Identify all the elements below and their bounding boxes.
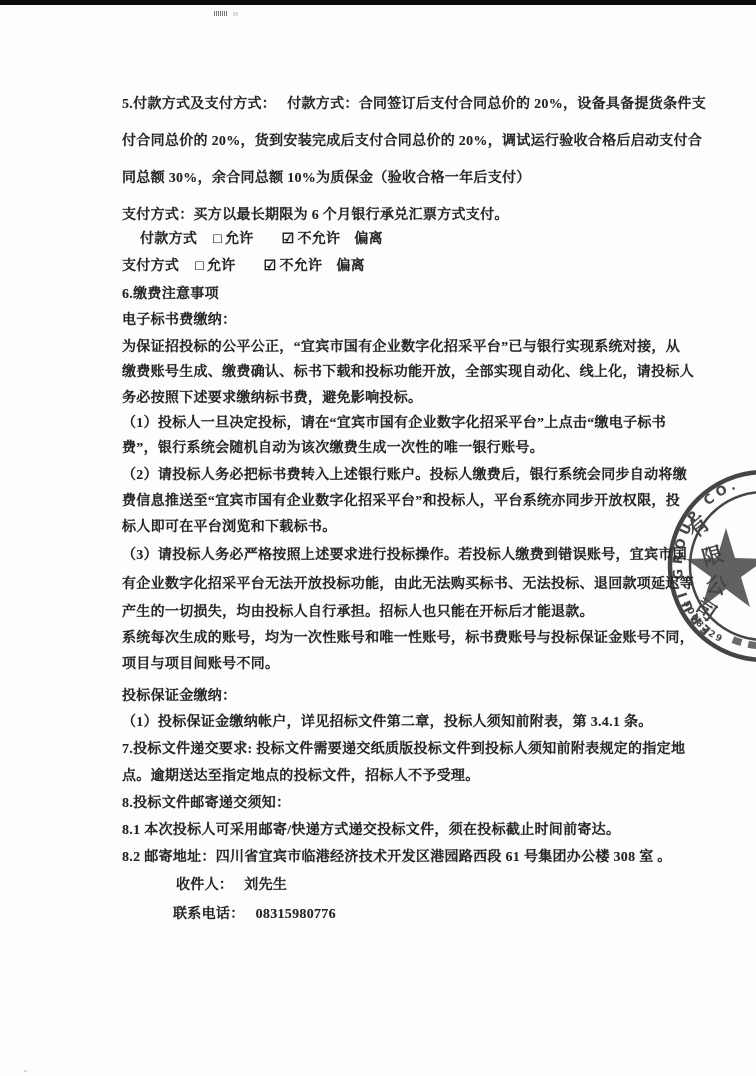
doc-line: 项目与项目间账号不同。	[122, 656, 279, 674]
deviation-label: 偏离	[336, 258, 365, 276]
doc-line: 务必按照下述要求缴纳标书费，避免影响投标。	[122, 390, 422, 408]
doc-line: （1）投标保证金缴纳帐户，详见招标文件第二章，投标人须知前附表，第 3.4.1 …	[122, 714, 653, 732]
doc-line: （2）请投标人务必把标书费转入上述银行账户。投标人缴费后，银行系统会同步自动将缴	[122, 467, 687, 485]
checkbox-unchecked-icon: □	[195, 258, 204, 276]
allow-label: 允许	[225, 231, 254, 249]
checkbox-unchecked-icon: □	[213, 231, 222, 249]
doc-line: 产生的一切损失，均由投标人自行承担。招标人也只能在开标后才能退款。	[122, 604, 594, 622]
not-allow-label: 不允许	[279, 258, 322, 276]
deviation-label: 偏离	[354, 231, 383, 249]
doc-line: （3）请投标人务必严格按照上述要求进行投标操作。若投标人缴费到错误账号，宜宾市国	[122, 547, 687, 565]
deviation-row-payment-terms: 付款方式 □ 允许 ☑ 不允许 偏离	[140, 231, 383, 249]
doc-line: 点。逾期送达至指定地点的投标文件，招标人不予受理。	[122, 768, 480, 786]
deviation-row-label: 付款方式	[140, 231, 197, 249]
doc-line: 标人即可在平台浏览和下载标书。	[122, 519, 337, 537]
sub-heading: 电子标书费缴纳：	[122, 312, 236, 330]
checkbox-checked-icon: ☑	[264, 258, 277, 276]
doc-line: 费”，银行系统会随机自动为该次缴费生成一次性的唯一银行账号。	[122, 440, 544, 458]
doc-line: 支付方式：买方以最长期限为 6 个月银行承兑汇票方式支付。	[122, 207, 509, 225]
scan-artifact	[24, 1070, 27, 1072]
doc-line: （1）投标人一旦决定投标，请在“宜宾市国有企业数字化招采平台”上点击“缴电子标书	[122, 415, 666, 433]
section-heading: 8.投标文件邮寄递交须知：	[122, 795, 290, 813]
scan-artifact	[233, 12, 238, 16]
seal-char: 公	[704, 572, 729, 599]
doc-line: 付合同总价的 20%，货到安装完成后支付合同总价的 20%，调试运行验收合格后启…	[122, 133, 702, 151]
doc-line: 8.2 邮寄地址：四川省宜宾市临港经济技术开发区港园路西段 61 号集团办公楼 …	[122, 849, 672, 867]
checkbox-checked-icon: ☑	[282, 231, 295, 249]
doc-line: 7.投标文件递交要求: 投标文件需要递交纸质版投标文件到投标人须知前附表规定的指…	[122, 741, 685, 759]
deviation-row-label: 支付方式	[122, 258, 179, 276]
doc-line: 费信息推送至“宜宾市国有企业数字化招采平台”和投标人，平台系统亦同步开放权限，投	[122, 493, 680, 511]
contact-phone-line: 联系电话： 08315980776	[173, 906, 336, 924]
doc-line: 系统每次生成的账号，均为一次性账号和唯一性账号，标书费账号与投标保证金账号不同，	[122, 630, 694, 648]
company-seal: ERUI GROUP CO., LTD 有 限 公 司 5008229	[664, 466, 756, 666]
scanned-document-page: { "doc": { "lines": [ {"text": "5.付款方式及支…	[0, 0, 756, 1076]
section-heading: 6.缴费注意事项	[122, 286, 219, 304]
allow-label: 允许	[207, 258, 236, 276]
scan-artifact	[214, 11, 227, 16]
deviation-row-payment-method: 支付方式 □ 允许 ☑ 不允许 偏离	[122, 258, 365, 276]
doc-line: 有企业数字化招采平台无法开放投标功能，由此无法购买标书、无法投标、退回款项延迟等	[122, 576, 694, 594]
doc-line: 缴费账号生成、缴费确认、标书下载和投标功能开放，全部实现自动化、线上化，请投标人	[122, 364, 694, 382]
sub-heading: 投标保证金缴纳：	[122, 688, 236, 706]
not-allow-label: 不允许	[297, 231, 340, 249]
doc-line: 为保证招投标的公平公正，“宜宾市国有企业数字化招采平台”已与银行实现系统对接，从	[122, 339, 680, 357]
doc-line: 5.付款方式及支付方式： 付款方式：合同签订后支付合同总价的 20%，设备具备提…	[122, 96, 706, 114]
recipient-line: 收件人： 刘先生	[176, 877, 287, 895]
doc-line: 同总额 30%，余合同总额 10%为质保金（验收合格一年后支付）	[122, 170, 531, 188]
scan-edge-top-bar	[0, 0, 756, 5]
doc-line: 8.1 本次投标人可采用邮寄/快递方式递交投标文件，须在投标截止时间前寄达。	[122, 822, 620, 840]
